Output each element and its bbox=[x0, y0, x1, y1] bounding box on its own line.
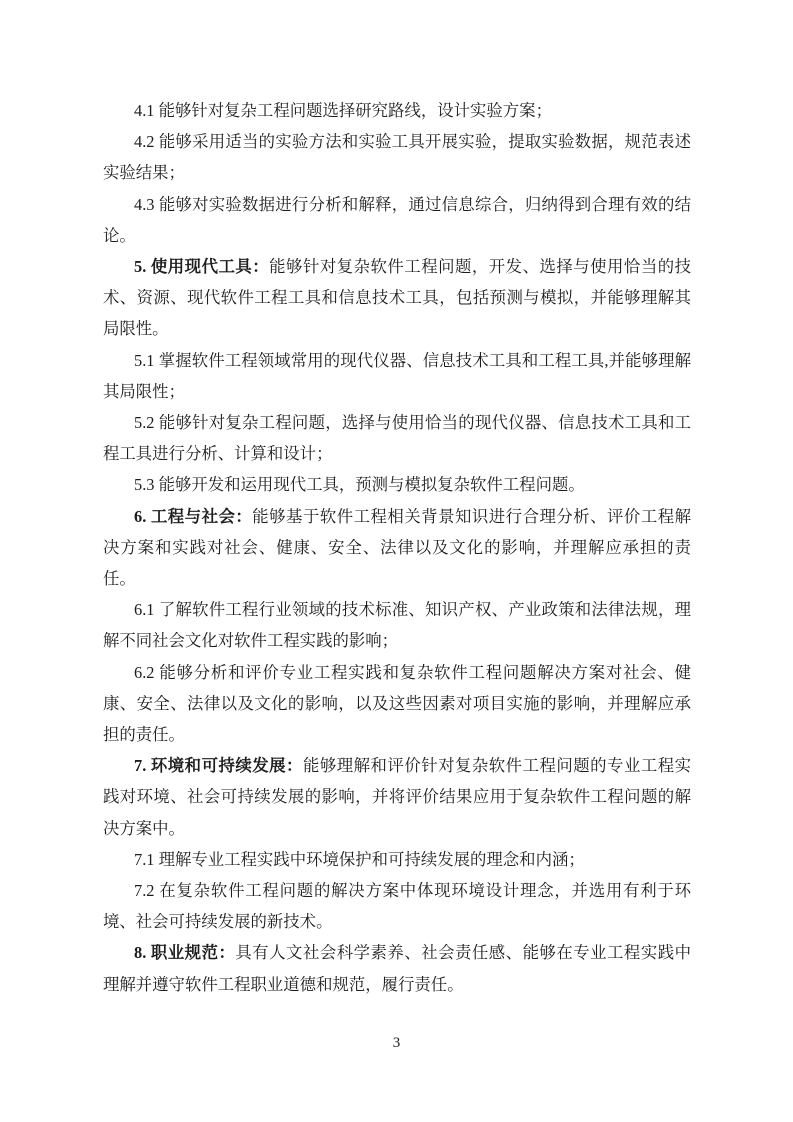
paragraph-4-1: 4.1 能够针对复杂工程问题选择研究路线，设计实验方案； bbox=[103, 95, 691, 126]
paragraph-lead: 7. 环境和可持续发展： bbox=[134, 756, 303, 775]
paragraph-text: 5.2 能够针对复杂工程问题，选择与使用恰当的现代仪器、信息技术工具和工程工具进… bbox=[103, 413, 691, 463]
paragraph-4-2: 4.2 能够采用适当的实验方法和实验工具开展实验，提取实验数据，规范表述实验结果… bbox=[103, 126, 691, 188]
paragraph-4-3: 4.3 能够对实验数据进行分析和解释，通过信息综合，归纳得到合理有效的结论。 bbox=[103, 189, 691, 251]
page-number: 3 bbox=[0, 1035, 793, 1052]
paragraph-lead: 6. 工程与社会： bbox=[134, 507, 252, 526]
paragraph-text: 6.1 了解软件工程行业领域的技术标准、知识产权、产业政策和法律法规，理解不同社… bbox=[103, 600, 691, 650]
paragraph-text: 7.2 在复杂软件工程问题的解决方案中体现环境设计理念，并选用有利于环境、社会可… bbox=[103, 881, 691, 931]
paragraph-8: 8. 职业规范：具有人文社会科学素养、社会责任感、能够在专业工程实践中理解并遵守… bbox=[103, 937, 691, 999]
paragraph-text: 4.3 能够对实验数据进行分析和解释，通过信息综合，归纳得到合理有效的结论。 bbox=[103, 195, 691, 245]
paragraph-text: 6.2 能够分析和评价专业工程实践和复杂软件工程问题解决方案对社会、健康、安全、… bbox=[103, 663, 691, 744]
paragraph-lead: 5. 使用现代工具： bbox=[134, 257, 269, 276]
document-page: 4.1 能够针对复杂工程问题选择研究路线，设计实验方案； 4.2 能够采用适当的… bbox=[0, 0, 793, 1122]
paragraph-6: 6. 工程与社会：能够基于软件工程相关背景知识进行合理分析、评价工程解决方案和实… bbox=[103, 501, 691, 595]
paragraph-7-1: 7.1 理解专业工程实践中环境保护和可持续发展的理念和内涵； bbox=[103, 844, 691, 875]
paragraph-5-1: 5.1 掌握软件工程领域常用的现代仪器、信息技术工具和工程工具,并能够理解其局限… bbox=[103, 345, 691, 407]
paragraph-text: 4.1 能够针对复杂工程问题选择研究路线，设计实验方案； bbox=[134, 101, 552, 120]
paragraph-text: 7.1 理解专业工程实践中环境保护和可持续发展的理念和内涵； bbox=[134, 850, 585, 869]
paragraph-text: 5.1 掌握软件工程领域常用的现代仪器、信息技术工具和工程工具,并能够理解其局限… bbox=[103, 351, 691, 401]
document-body: 4.1 能够针对复杂工程问题选择研究路线，设计实验方案； 4.2 能够采用适当的… bbox=[103, 95, 691, 1000]
paragraph-6-2: 6.2 能够分析和评价专业工程实践和复杂软件工程问题解决方案对社会、健康、安全、… bbox=[103, 657, 691, 751]
paragraph-lead: 8. 职业规范： bbox=[134, 943, 235, 962]
paragraph-6-1: 6.1 了解软件工程行业领域的技术标准、知识产权、产业政策和法律法规，理解不同社… bbox=[103, 594, 691, 656]
paragraph-7-2: 7.2 在复杂软件工程问题的解决方案中体现环境设计理念，并选用有利于环境、社会可… bbox=[103, 875, 691, 937]
paragraph-text: 4.2 能够采用适当的实验方法和实验工具开展实验，提取实验数据，规范表述实验结果… bbox=[103, 132, 691, 182]
paragraph-5-2: 5.2 能够针对复杂工程问题，选择与使用恰当的现代仪器、信息技术工具和工程工具进… bbox=[103, 407, 691, 469]
paragraph-text: 5.3 能够开发和运用现代工具，预测与模拟复杂软件工程问题。 bbox=[134, 475, 585, 494]
paragraph-5: 5. 使用现代工具：能够针对复杂软件工程问题，开发、选择与使用恰当的技术、资源、… bbox=[103, 251, 691, 345]
paragraph-7: 7. 环境和可持续发展：能够理解和评价针对复杂软件工程问题的专业工程实践对环境、… bbox=[103, 750, 691, 844]
paragraph-5-3: 5.3 能够开发和运用现代工具，预测与模拟复杂软件工程问题。 bbox=[103, 469, 691, 500]
